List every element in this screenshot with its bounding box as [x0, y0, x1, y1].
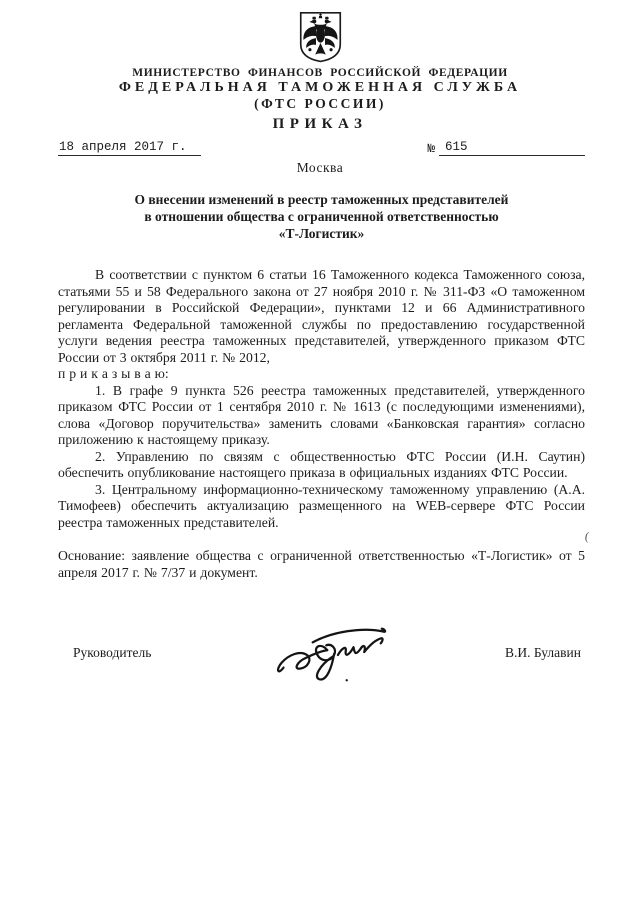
basis-paragraph: Основание: заявление общества с ограниче… [58, 548, 585, 581]
order-item-1: 1. В графе 9 пункта 526 реестра таможенн… [58, 383, 585, 449]
document-body: В соответствии с пунктом 6 статьи 16 Там… [58, 267, 585, 581]
title-line-2: в отношении общества с ограниченной отве… [58, 208, 585, 225]
document-title: О внесении изменений в реестр таможенных… [58, 191, 585, 242]
title-line-1: О внесении изменений в реестр таможенных… [58, 191, 585, 208]
title-line-3: «Т-Логистик» [58, 225, 585, 242]
signatory-name: В.И. Булавин [505, 645, 581, 661]
date-number-row: 18 апреля 2017 г. № 615 [58, 140, 585, 156]
city-label: Москва [0, 160, 640, 176]
russia-coat-of-arms-icon [298, 10, 343, 63]
order-item-2: 2. Управлению по связям с общественность… [58, 449, 585, 482]
document-header: МИНИСТЕРСТВО ФИНАНСОВ РОССИЙСКОЙ ФЕДЕРАЦ… [0, 10, 640, 176]
handwritten-signature-icon [273, 619, 401, 689]
signatory-position: Руководитель [73, 645, 151, 661]
document-page: МИНИСТЕРСТВО ФИНАНСОВ РОССИЙСКОЙ ФЕДЕРАЦ… [0, 0, 640, 905]
agency-abbreviation: (ФТС РОССИИ) [0, 96, 640, 112]
number-sign: № [427, 142, 439, 156]
order-word: п р и к а з ы в а ю: [58, 366, 585, 383]
scan-artifact-mark: ( [584, 529, 590, 544]
document-type-heading: ПРИКАЗ [0, 116, 640, 133]
ministry-name: МИНИСТЕРСТВО ФИНАНСОВ РОССИЙСКОЙ ФЕДЕРАЦ… [0, 67, 640, 79]
document-number: № 615 [427, 140, 585, 156]
agency-name: ФЕДЕРАЛЬНАЯ ТАМОЖЕННАЯ СЛУЖБА [0, 80, 640, 96]
preamble-paragraph: В соответствии с пунктом 6 статьи 16 Там… [58, 267, 585, 366]
number-value: 615 [439, 140, 585, 156]
signature-block: Руководитель В.И. Булавин [58, 619, 585, 697]
order-item-3: 3. Центральному информационно-техническо… [58, 482, 585, 532]
document-date: 18 апреля 2017 г. [58, 140, 201, 156]
